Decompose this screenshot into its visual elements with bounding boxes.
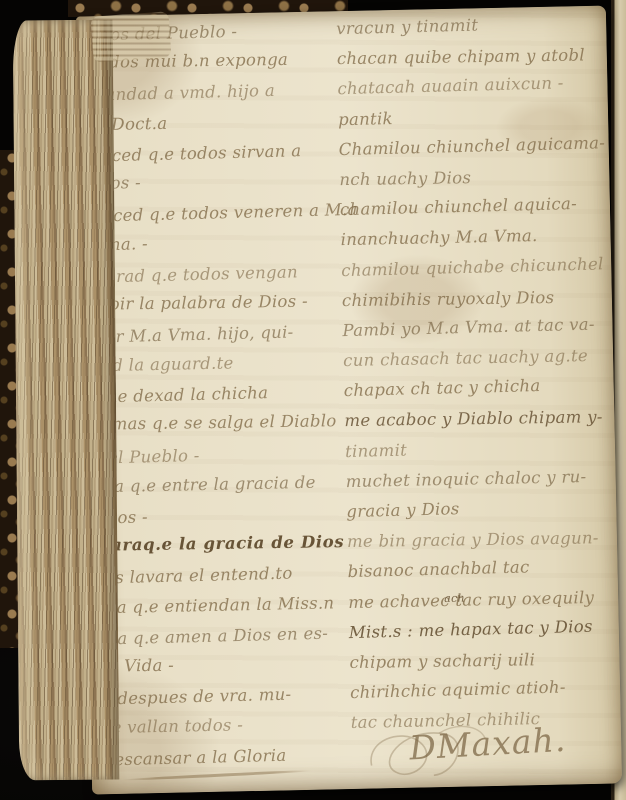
line-spanish: haced q.e todos veneren a M.a (80, 199, 338, 228)
line-mayan: me bin gracia y Dios avagun- (345, 527, 617, 553)
line-mayan: vracun y tinamit (334, 11, 606, 40)
line-spanish: y mas q.e se salga el Diablo (84, 411, 342, 437)
line-spanish: mandad a vmd. hijo a (77, 79, 335, 108)
line-spanish: paraq.e la gracia de Dios (87, 531, 345, 557)
line-spanish: ta Vida - (89, 652, 347, 678)
line-spanish: del Pueblo - (85, 441, 343, 470)
page-fore-edge-top-curl (90, 11, 171, 62)
line-mayan: chipam y sacharij uili (347, 648, 619, 674)
line-spanish: Por M.a Vma. hijo, qui- (82, 320, 340, 349)
line-mayan: chimibihis ruyoxaly Dios (340, 286, 612, 312)
interlinear-insertion: ach (444, 592, 465, 605)
line-spanish: a oir la palabra de Dios - (82, 290, 340, 316)
manuscript-page: hijos del Pueblo -vracun y tinamitTodos … (76, 6, 622, 795)
line-mayan: me acaboc y Diablo chipam y- (342, 407, 614, 433)
page-fore-edge (13, 20, 120, 781)
text-columns: hijos del Pueblo -vracun y tinamitTodos … (76, 6, 622, 779)
line-spanish: les lavara el entend.to (87, 562, 345, 591)
line-mayan: chacan quibe chipam y atobl (335, 44, 607, 70)
manuscript-photo: hijos del Pueblo -vracun y tinamitTodos … (0, 0, 626, 800)
line-spanish: Dios - (79, 169, 337, 195)
line-spanish: y despues de vra. mu- (90, 682, 348, 711)
line-mayan: nch uachy Dios (337, 165, 609, 191)
